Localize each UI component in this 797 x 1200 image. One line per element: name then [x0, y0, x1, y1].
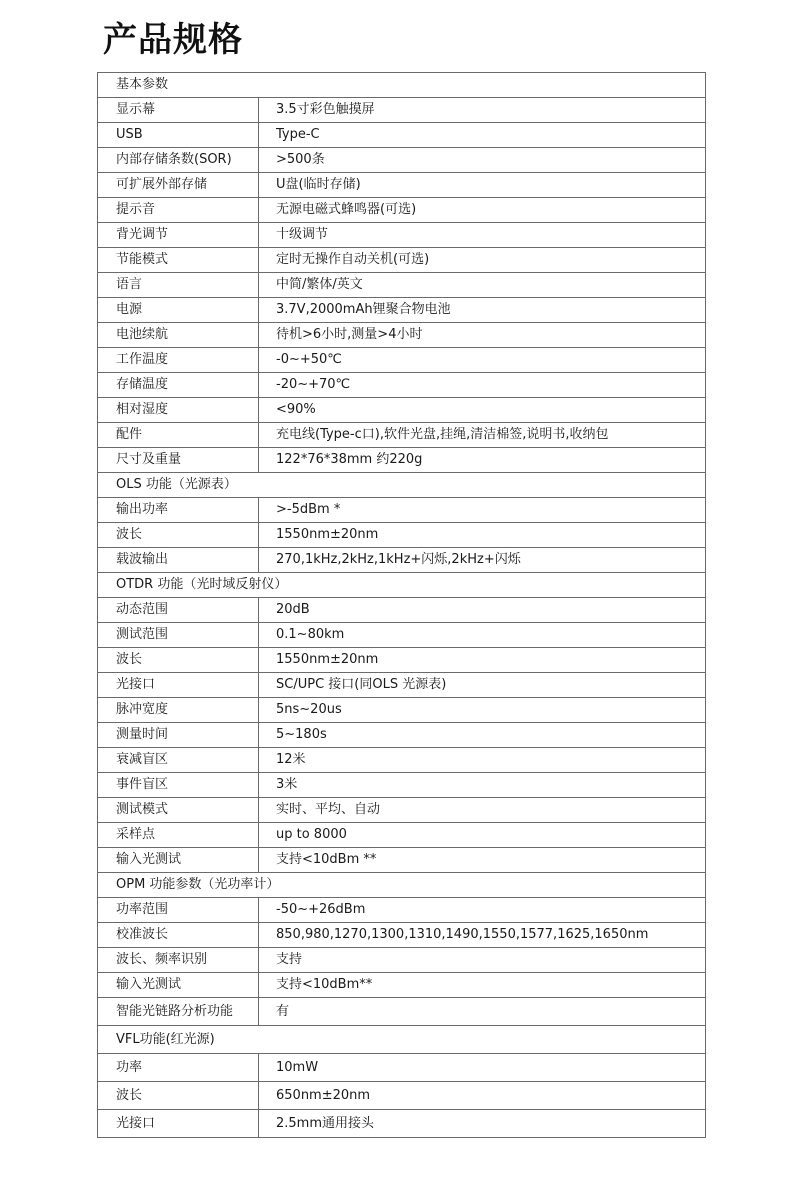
row-value: 270,1kHz,2kHz,1kHz+闪烁,2kHz+闪烁 [259, 548, 706, 573]
row-value: SC/UPC 接口(同OLS 光源表) [259, 673, 706, 698]
table-row: 功率10mW [98, 1054, 706, 1082]
table-row: 输入光测试支持<10dBm ** [98, 848, 706, 873]
table-row: 存储温度-20~+70℃ [98, 373, 706, 398]
row-value: 3米 [259, 773, 706, 798]
table-row: 输入光测试支持<10dBm** [98, 973, 706, 998]
row-value: 1550nm±20nm [259, 523, 706, 548]
table-row: 尺寸及重量122*76*38mm 约220g [98, 448, 706, 473]
row-value: U盘(临时存储) [259, 173, 706, 198]
table-row: 波长1550nm±20nm [98, 523, 706, 548]
table-row: 输出功率>-5dBm * [98, 498, 706, 523]
section-heading: VFL功能(红光源) [98, 1026, 706, 1054]
row-label: 输入光测试 [98, 973, 259, 998]
row-label: 内部存储条数(SOR) [98, 148, 259, 173]
row-value: 待机>6小时,测量>4小时 [259, 323, 706, 348]
section-heading-basic: 基本参数 [98, 73, 706, 98]
row-value: 支持 [259, 948, 706, 973]
section-heading-opm: OPM 功能参数（光功率计） [98, 873, 706, 898]
table-row: 测试范围0.1~80km [98, 623, 706, 648]
row-value: 10mW [259, 1054, 706, 1082]
row-label: 背光调节 [98, 223, 259, 248]
table-row: 校准波长850,980,1270,1300,1310,1490,1550,157… [98, 923, 706, 948]
row-value: 1550nm±20nm [259, 648, 706, 673]
row-value: Type-C [259, 123, 706, 148]
row-label: 事件盲区 [98, 773, 259, 798]
row-label: 波长 [98, 523, 259, 548]
row-value: 850,980,1270,1300,1310,1490,1550,1577,16… [259, 923, 706, 948]
row-value: 十级调节 [259, 223, 706, 248]
table-row: 显示幕3.5寸彩色触摸屏 [98, 98, 706, 123]
table-row: USBType-C [98, 123, 706, 148]
table-row: 光接口2.5mm通用接头 [98, 1110, 706, 1138]
row-label: 校准波长 [98, 923, 259, 948]
section-heading-vfl: VFL功能(红光源) [98, 1026, 706, 1054]
row-label: 测量时间 [98, 723, 259, 748]
row-label: 配件 [98, 423, 259, 448]
row-label: 测试模式 [98, 798, 259, 823]
table-row: 相对湿度<90% [98, 398, 706, 423]
row-value: -0~+50℃ [259, 348, 706, 373]
table-row: 配件充电线(Type-c口),软件光盘,挂绳,清洁棉签,说明书,收纳包 [98, 423, 706, 448]
row-value: 有 [259, 998, 706, 1026]
table-row: 智能光链路分析功能有 [98, 998, 706, 1026]
row-value: 12米 [259, 748, 706, 773]
table-row: 提示音无源电磁式蜂鸣器(可选) [98, 198, 706, 223]
table-row: 可扩展外部存储U盘(临时存储) [98, 173, 706, 198]
table-row: 波长650nm±20nm [98, 1082, 706, 1110]
row-label: 功率范围 [98, 898, 259, 923]
row-label: 可扩展外部存储 [98, 173, 259, 198]
row-value: 中简/繁体/英文 [259, 273, 706, 298]
table-row: 波长1550nm±20nm [98, 648, 706, 673]
row-value: 20dB [259, 598, 706, 623]
row-value: 支持<10dBm** [259, 973, 706, 998]
row-label: 节能模式 [98, 248, 259, 273]
table-row: 语言中简/繁体/英文 [98, 273, 706, 298]
row-value: -20~+70℃ [259, 373, 706, 398]
row-value: up to 8000 [259, 823, 706, 848]
table-row: 内部存储条数(SOR)>500条 [98, 148, 706, 173]
row-value: 实时、平均、自动 [259, 798, 706, 823]
row-value: 3.7V,2000mAh锂聚合物电池 [259, 298, 706, 323]
page-title: 产品规格 [103, 16, 243, 64]
row-value: 3.5寸彩色触摸屏 [259, 98, 706, 123]
row-value: 650nm±20nm [259, 1082, 706, 1110]
row-label: 语言 [98, 273, 259, 298]
table-row: 事件盲区3米 [98, 773, 706, 798]
row-value: 5~180s [259, 723, 706, 748]
table-row: 载波输出270,1kHz,2kHz,1kHz+闪烁,2kHz+闪烁 [98, 548, 706, 573]
row-value: 5ns~20us [259, 698, 706, 723]
row-value: <90% [259, 398, 706, 423]
row-label: 提示音 [98, 198, 259, 223]
row-label: 采样点 [98, 823, 259, 848]
row-value: -50~+26dBm [259, 898, 706, 923]
section-heading: 基本参数 [98, 73, 706, 98]
table-row: 衰减盲区12米 [98, 748, 706, 773]
row-label: 测试范围 [98, 623, 259, 648]
table-row: 测量时间5~180s [98, 723, 706, 748]
row-value: 0.1~80km [259, 623, 706, 648]
row-label: 电源 [98, 298, 259, 323]
row-label: 波长、频率识别 [98, 948, 259, 973]
table-row: 节能模式定时无操作自动关机(可选) [98, 248, 706, 273]
table-row: 采样点up to 8000 [98, 823, 706, 848]
row-value: 无源电磁式蜂鸣器(可选) [259, 198, 706, 223]
table-row: 脉冲宽度5ns~20us [98, 698, 706, 723]
table-row: 测试模式实时、平均、自动 [98, 798, 706, 823]
row-value: 充电线(Type-c口),软件光盘,挂绳,清洁棉签,说明书,收纳包 [259, 423, 706, 448]
row-label: 电池续航 [98, 323, 259, 348]
row-value: >500条 [259, 148, 706, 173]
section-heading: OLS 功能（光源表） [98, 473, 706, 498]
section-heading-otdr: OTDR 功能（光时域反射仪） [98, 573, 706, 598]
table-row: 电池续航待机>6小时,测量>4小时 [98, 323, 706, 348]
row-label: 工作温度 [98, 348, 259, 373]
row-label: 输入光测试 [98, 848, 259, 873]
row-label: 尺寸及重量 [98, 448, 259, 473]
row-value: >-5dBm * [259, 498, 706, 523]
row-label: 相对湿度 [98, 398, 259, 423]
section-heading-ols: OLS 功能（光源表） [98, 473, 706, 498]
section-heading: OPM 功能参数（光功率计） [98, 873, 706, 898]
row-label: USB [98, 123, 259, 148]
row-label: 显示幕 [98, 98, 259, 123]
section-heading: OTDR 功能（光时域反射仪） [98, 573, 706, 598]
row-label: 光接口 [98, 1110, 259, 1138]
row-value: 122*76*38mm 约220g [259, 448, 706, 473]
row-value: 定时无操作自动关机(可选) [259, 248, 706, 273]
row-label: 输出功率 [98, 498, 259, 523]
row-value: 支持<10dBm ** [259, 848, 706, 873]
row-label: 光接口 [98, 673, 259, 698]
table-row: 功率范围-50~+26dBm [98, 898, 706, 923]
table-row: 光接口SC/UPC 接口(同OLS 光源表) [98, 673, 706, 698]
row-value: 2.5mm通用接头 [259, 1110, 706, 1138]
row-label: 载波输出 [98, 548, 259, 573]
row-label: 波长 [98, 648, 259, 673]
row-label: 存储温度 [98, 373, 259, 398]
table-row: 波长、频率识别支持 [98, 948, 706, 973]
row-label: 波长 [98, 1082, 259, 1110]
table-row: 电源3.7V,2000mAh锂聚合物电池 [98, 298, 706, 323]
row-label: 动态范围 [98, 598, 259, 623]
row-label: 衰减盲区 [98, 748, 259, 773]
row-label: 功率 [98, 1054, 259, 1082]
table-row: 背光调节十级调节 [98, 223, 706, 248]
row-label: 脉冲宽度 [98, 698, 259, 723]
table-row: 工作温度-0~+50℃ [98, 348, 706, 373]
spec-table: 基本参数 显示幕3.5寸彩色触摸屏 USBType-C 内部存储条数(SOR)>… [97, 72, 706, 1138]
row-label: 智能光链路分析功能 [98, 998, 259, 1026]
table-row: 动态范围20dB [98, 598, 706, 623]
